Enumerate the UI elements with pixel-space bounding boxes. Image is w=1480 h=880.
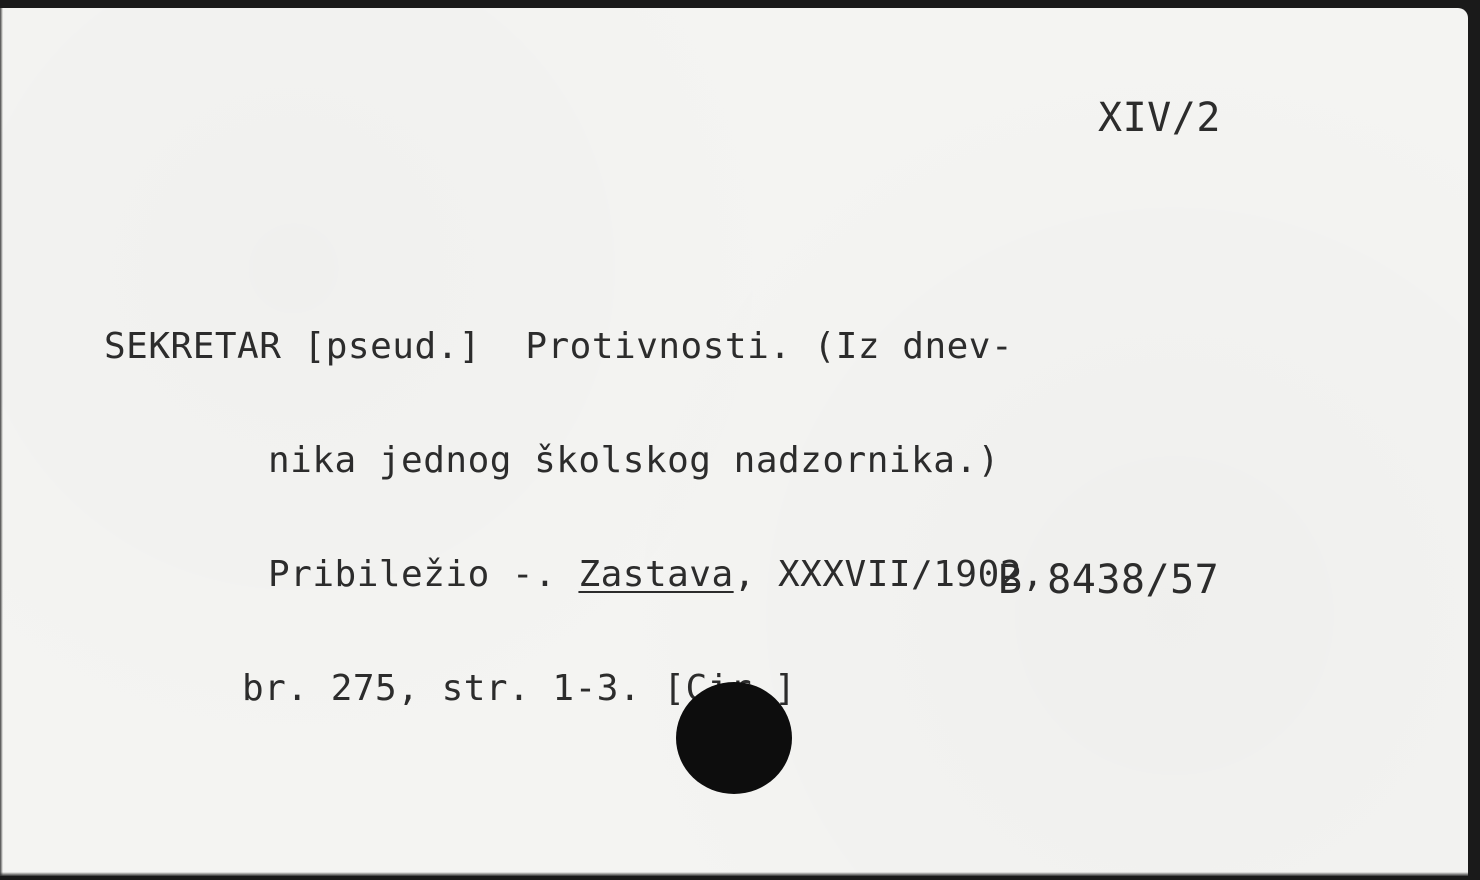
entry-line-3: Pribiležio -. Zastava, XXXVII/1902, [104,556,1044,594]
card-bottom-edge [0,872,1468,876]
contributor-note: Pribiležio -. [268,554,578,595]
title: Protivnosti. (Iz dnev- [525,326,1013,367]
bibliographic-entry: SEKRETAR [pseud.] Protivnosti. (Iz dnev-… [104,252,1044,784]
catalog-card: XIV/2 SEKRETAR [pseud.] Protivnosti. (Iz… [0,8,1468,876]
entry-line-1: SEKRETAR [pseud.] Protivnosti. (Iz dnev- [104,328,1044,366]
punch-hole [676,682,792,794]
card-left-edge [0,8,3,876]
author-qualifier: [pseud.] [304,326,481,367]
author-heading: SEKRETAR [104,326,281,367]
entry-line-4: br. 275, str. 1-3. [Cir.] [104,670,1044,708]
entry-line-2: nika jednog školskog nadzornika.) [104,442,1044,480]
call-number: B 8438/57 [998,556,1219,604]
shelf-mark: XIV/2 [1098,94,1221,142]
journal-title: Zastava [578,554,733,595]
